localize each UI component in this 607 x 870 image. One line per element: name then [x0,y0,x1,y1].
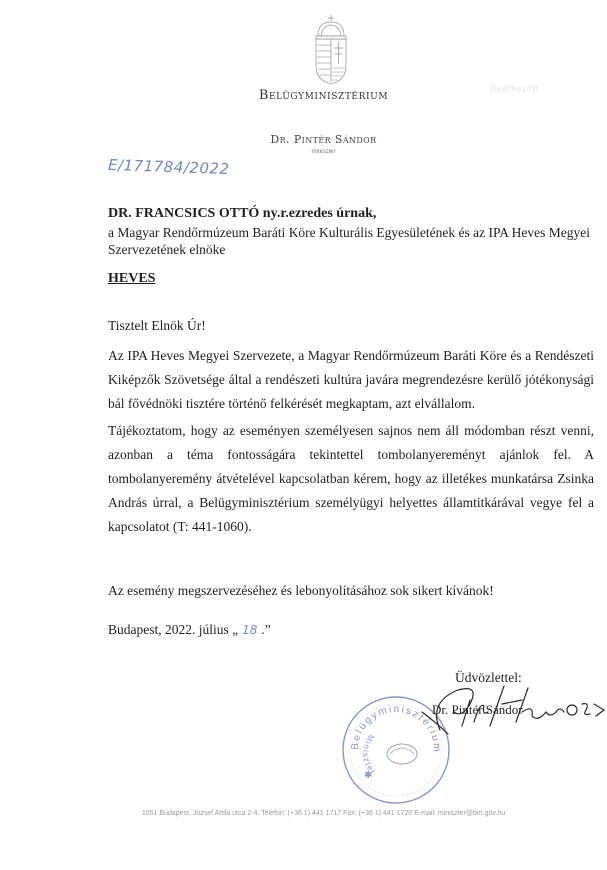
handwritten-signature-icon [418,682,607,742]
recipient-name: DR. FRANCSICS OTTÓ ny.r.ezredes úrnak, [108,206,376,222]
date-day-handwritten: 18 [238,623,261,637]
minister-role: miniszter [20,149,607,155]
recipient-city: HEVES [108,271,155,287]
faint-received-mark: Beérkezett [490,84,538,95]
reference-number: E/171784/2022 [108,156,230,178]
paragraph-acceptance: Az IPA Heves Megyei Szervezete, a Magyar… [108,344,594,416]
recipient-description: a Magyar Rendőrmúzeum Baráti Köre Kultur… [108,224,598,258]
date-prefix: Budapest, 2022. július „ [108,622,238,637]
date-suffix: .” [261,622,270,637]
minister-name: Dr. Pintér Sándor [20,133,607,146]
svg-text:✱: ✱ [364,770,372,781]
footer-contact: 1051 Budapest, József Attila utca 2-4. T… [20,810,607,817]
date-line: Budapest, 2022. július „18.” [108,622,271,638]
paragraph-information: Tájékoztatom, hogy az eseményen személye… [108,419,594,539]
salutation: Tisztelt Elnök Úr! [108,318,206,334]
paragraph-wishes: Az esemény megszervezéséhez és lebonyolí… [108,579,594,603]
hungarian-coat-of-arms-icon [310,14,352,86]
